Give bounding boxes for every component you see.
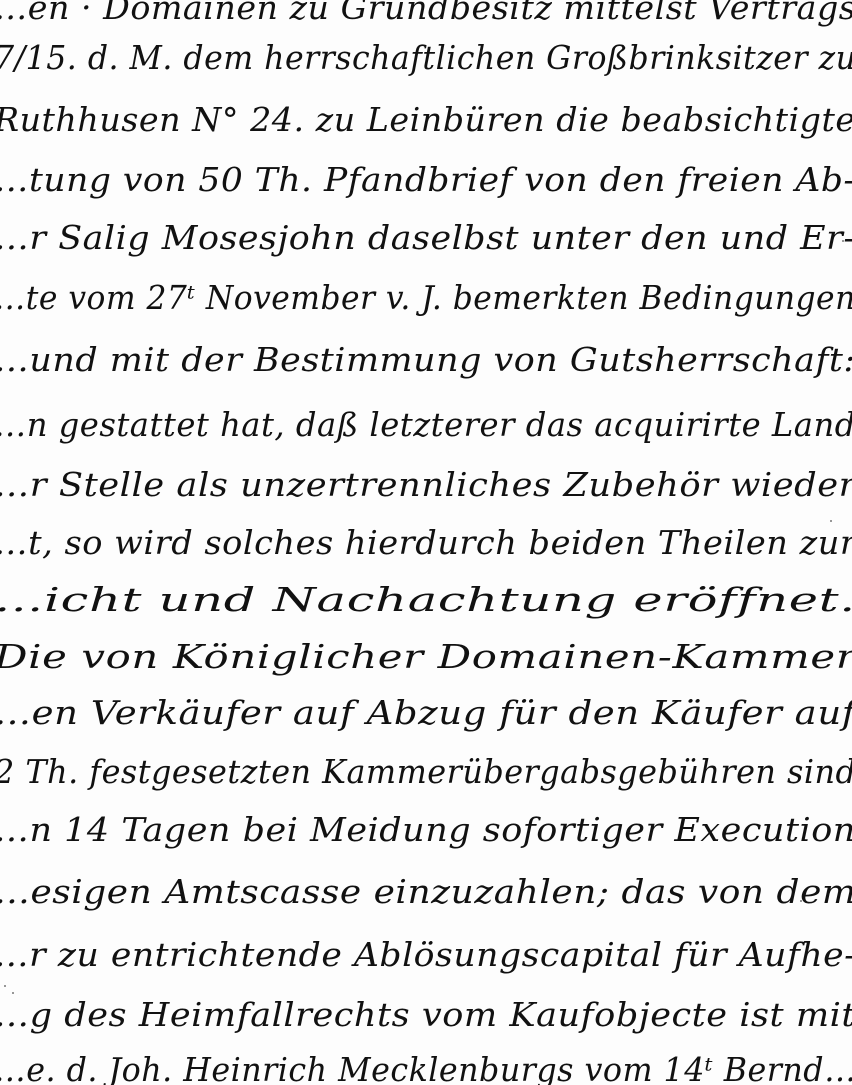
paper-speck bbox=[842, 240, 844, 242]
manuscript-line: …g des Heimfallrechts vom Kaufobjecte is… bbox=[0, 995, 852, 1034]
manuscript-line: …r Salig Mosesjohn daselbst unter den un… bbox=[0, 218, 852, 257]
manuscript-line: …und mit der Bestimmung von Gutsherrscha… bbox=[0, 340, 852, 379]
manuscript-line: …en · Domainen zu Grundbesitz mittelst V… bbox=[0, 0, 852, 27]
manuscript-line: …r zu entrichtende Ablösungscapital für … bbox=[0, 935, 852, 974]
manuscript-line: …icht und Nachachtung eröffnet. bbox=[0, 580, 852, 619]
manuscript-line: 2 Th. festgesetzten Kammerübergabsgebühr… bbox=[0, 752, 852, 791]
manuscript-line: …t, so wird solches hierdurch beiden The… bbox=[0, 523, 852, 562]
manuscript-line: Ruthhusen N° 24. zu Leinbüren die beabsi… bbox=[0, 100, 852, 139]
manuscript-line: …esigen Amtscasse einzuzahlen; das von d… bbox=[0, 872, 852, 911]
paper-speck bbox=[830, 520, 832, 522]
manuscript-line: …r Stelle als unzertrennliches Zubehör w… bbox=[0, 465, 852, 504]
manuscript-line: …te vom 27ᵗ November v. J. bemerkten Bed… bbox=[0, 278, 852, 317]
manuscript-line: …e. d. Joh. Heinrich Mecklenburgs vom 14… bbox=[0, 1050, 852, 1085]
paper-speck bbox=[4, 985, 6, 987]
manuscript-line: …n gestattet hat, daß letzterer das acqu… bbox=[0, 405, 852, 444]
paper-speck bbox=[12, 992, 14, 994]
paper-speck bbox=[800, 900, 802, 902]
manuscript-line: Die von Königlicher Domainen-Kammer bbox=[0, 637, 852, 676]
manuscript-line: …tung von 50 Th. Pfandbrief von den frei… bbox=[0, 160, 852, 199]
manuscript-line: 7/15. d. M. dem herrschaftlichen Großbri… bbox=[0, 38, 852, 77]
manuscript-page: …en · Domainen zu Grundbesitz mittelst V… bbox=[0, 0, 852, 1085]
manuscript-line: …n 14 Tagen bei Meidung sofortiger Execu… bbox=[0, 810, 852, 849]
manuscript-line: …en Verkäufer auf Abzug für den Käufer a… bbox=[0, 693, 852, 732]
